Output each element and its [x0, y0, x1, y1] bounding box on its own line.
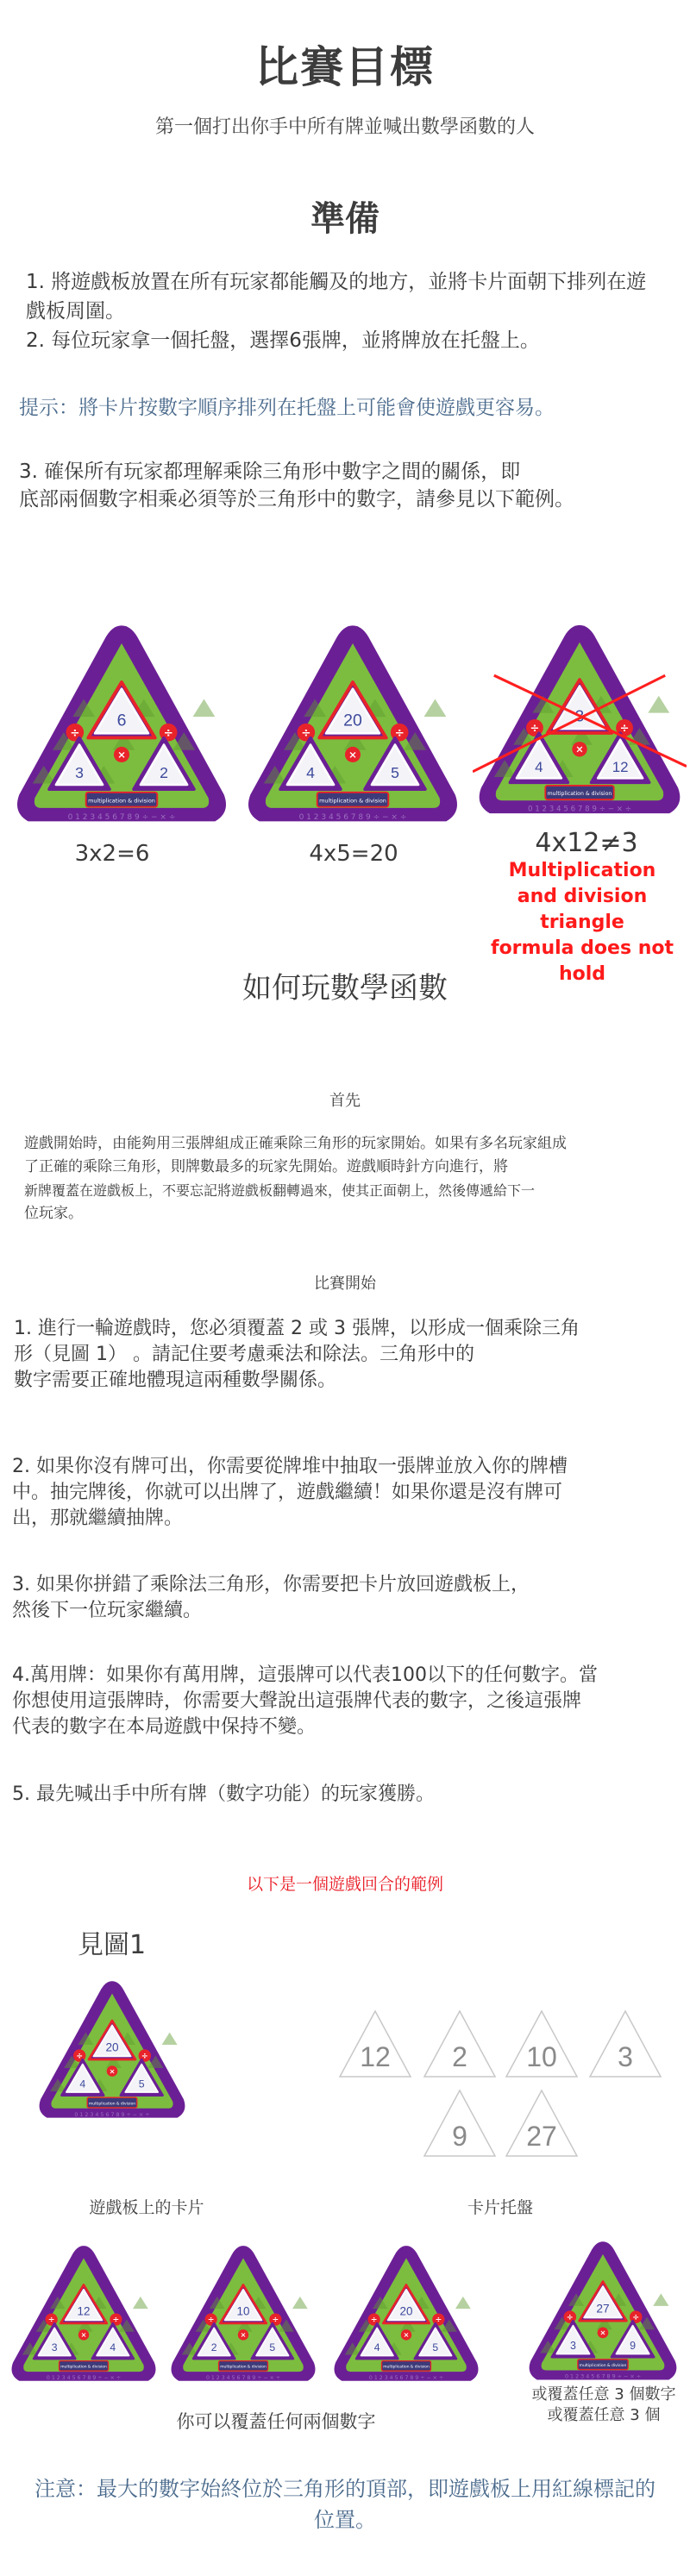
invalid-note-line-2: and division triangle: [474, 884, 690, 936]
svg-text:9: 9: [630, 2340, 636, 2352]
equation-3: 4x12≠3: [517, 828, 655, 858]
rule-2: 2. 如果你沒有牌可出，你需要從牌堆中抽取一張牌並放入你的牌槽 中。抽完牌後，你…: [12, 1454, 685, 1532]
tray-card: 3: [588, 2009, 662, 2082]
tray-card: 9: [423, 2089, 497, 2161]
tray-caption: 卡片托盤: [440, 2195, 561, 2218]
three-numbers-caption: 或覆蓋任意 3 個數字 或覆蓋任意 3 個: [517, 2385, 690, 2426]
svg-text:4: 4: [79, 2078, 85, 2090]
tray-card: 10: [505, 2009, 579, 2082]
first-line-2: 了正確的乘除三角形，則牌數最多的玩家先開始。遊戲順時針方向進行，將: [24, 1156, 680, 1179]
rule-5-line-1: 5. 最先喊出手中所有牌（數字功能）的玩家獲勝。: [12, 1782, 650, 1808]
svg-text:27: 27: [526, 2121, 557, 2152]
svg-text:3: 3: [618, 2041, 633, 2072]
round-example-heading: 以下是一個遊戲回合的範例: [0, 1871, 690, 1895]
svg-text:12: 12: [360, 2041, 391, 2072]
svg-text:0 1 2 3 4 5 6 7 8 9 ÷ − × ÷: 0 1 2 3 4 5 6 7 8 9 ÷ − × ÷: [528, 805, 631, 814]
svg-text:0 1 2 3 4 5 6 7 8 9 ÷ − × ÷: 0 1 2 3 4 5 6 7 8 9 ÷ − × ÷: [74, 2112, 149, 2118]
rule-5: 5. 最先喊出手中所有牌（數字功能）的玩家獲勝。: [12, 1782, 650, 1808]
svg-text:0 1 2 3 4 5 6 7 8 9 ÷ − × ÷: 0 1 2 3 4 5 6 7 8 9 ÷ − × ÷: [206, 2375, 280, 2381]
prep-step-2: 2. 每位玩家拿一個托盤，選擇6張牌，並將牌放在托盤上。: [26, 326, 664, 355]
svg-text:4: 4: [306, 764, 315, 781]
rule-1-line-1: 1. 進行一輪遊戲時，您必須覆蓋 2 或 3 張牌，以形成一個乘除三角: [14, 1316, 652, 1342]
svg-text:3: 3: [52, 2341, 58, 2353]
three-caption-line-1: 或覆蓋任意 3 個數字: [517, 2385, 690, 2405]
svg-text:3: 3: [570, 2340, 576, 2352]
page-subtitle: 第一個打出你手中所有牌並喊出數學函數的人: [0, 112, 690, 139]
how-to-play-heading: 如何玩數學函數: [0, 964, 690, 1006]
equation-2: 4x5=20: [293, 841, 414, 867]
svg-text:20: 20: [105, 2040, 119, 2053]
svg-text:0 1 2 3 4 5 6 7 8 9 ÷ − × ÷: 0 1 2 3 4 5 6 7 8 9 ÷ − × ÷: [299, 813, 407, 822]
tray-card: 2: [423, 2009, 497, 2082]
page-title: 比賽目標: [0, 33, 690, 95]
prep-step-3-line2: 底部兩個數字相乘必須等於三角形中的數字，請參見以下範例。: [19, 485, 657, 514]
svg-text:0 1 2 3 4 5 6 7 8 9 ÷ − × ÷: 0 1 2 3 4 5 6 7 8 9 ÷ − × ÷: [68, 813, 176, 822]
svg-text:20: 20: [400, 2304, 413, 2317]
two-numbers-caption: 你可以覆蓋任何兩個數字: [103, 2408, 448, 2434]
game-start-heading: 比賽開始: [0, 1271, 690, 1294]
example-board-valid-2: 0 1 2 3 4 5 6 7 8 9 ÷ − × ÷ 20 ÷÷ 4 5 × …: [241, 617, 464, 839]
rule-4-line-2: 你想使用這張牌時，你需要大聲說出這張牌代表的數字，之後這張牌: [12, 1689, 685, 1714]
svg-text:6: 6: [117, 711, 127, 730]
svg-text:×: ×: [575, 744, 583, 755]
note-line-1: 注意：最大的數字始終位於三角形的頂部，即遊戲板上用紅線標記的: [34, 2473, 655, 2504]
svg-text:4: 4: [110, 2341, 116, 2353]
svg-text:4: 4: [374, 2341, 380, 2353]
three-caption-line-2: 或覆蓋任意 3 個: [517, 2405, 690, 2426]
invalid-note-line-1: Multiplication: [474, 858, 690, 884]
rule-3-line-2: 然後下一位玩家繼續。: [12, 1598, 650, 1624]
rule-2-line-2: 中。抽完牌後，你就可以出牌了，遊戲繼續！如果你還是沒有牌可: [12, 1480, 685, 1506]
svg-text:4: 4: [535, 759, 543, 775]
first-line-4: 位玩家。: [24, 1202, 680, 1225]
rule-1: 1. 進行一輪遊戲時，您必須覆蓋 2 或 3 張牌，以形成一個乘除三角 形（見圖…: [14, 1316, 652, 1394]
svg-text:0 1 2 3 4 5 6 7 8 9 ÷ − × ÷: 0 1 2 3 4 5 6 7 8 9 ÷ − × ÷: [47, 2375, 121, 2381]
svg-text:×: ×: [348, 749, 357, 761]
svg-text:12: 12: [78, 2304, 91, 2317]
svg-text:multiplication & division: multiplication & division: [548, 791, 612, 797]
game-board-figure: 0 1 2 3 4 5 6 7 8 9 ÷ − × ÷ 20 ÷÷ 4 5 × …: [34, 1975, 190, 2130]
svg-text:12: 12: [612, 759, 629, 775]
example-board-invalid: 0 1 2 3 4 5 6 7 8 9 ÷ − × ÷ 3 ÷÷ 4 12 × …: [473, 617, 687, 830]
prep-tip: 提示：將卡片按數字順序排列在托盤上可能會使遊戲更容易。: [19, 393, 674, 423]
rule-2-line-1: 2. 如果你沒有牌可出，你需要從牌堆中抽取一張牌並放入你的牌槽: [12, 1454, 685, 1480]
svg-text:multiplication & division: multiplication & division: [89, 2101, 135, 2106]
svg-text:×: ×: [404, 2330, 410, 2339]
option-board-4: 0 1 2 3 4 5 6 7 8 9 ÷ − × ÷ 27 ÷÷ 3 9 × …: [524, 2235, 681, 2392]
svg-text:2: 2: [211, 2341, 217, 2353]
rule-1-line-2: 形（見圖 1） 。請記住要考慮乘法和除法。三角形中的: [14, 1342, 652, 1368]
svg-text:multiplication & division: multiplication & division: [220, 2365, 267, 2370]
svg-text:multiplication & division: multiplication & division: [383, 2365, 430, 2370]
svg-text:3: 3: [75, 764, 84, 781]
svg-text:20: 20: [343, 711, 362, 730]
tray-card: 12: [338, 2009, 412, 2082]
svg-text:2: 2: [452, 2041, 467, 2072]
option-board-3: 0 1 2 3 4 5 6 7 8 9 ÷ − × ÷ 20 ÷÷ 4 5 × …: [329, 2240, 483, 2393]
svg-text:×: ×: [241, 2330, 247, 2339]
svg-text:5: 5: [432, 2341, 438, 2353]
note-line-2: 位置。: [34, 2504, 655, 2535]
svg-text:0 1 2 3 4 5 6 7 8 9 ÷ − × ÷: 0 1 2 3 4 5 6 7 8 9 ÷ − × ÷: [369, 2375, 443, 2381]
rule-4: 4.萬用牌：如果你有萬用牌，這張牌可以代表100以下的任何數字。當 你想使用這張…: [12, 1663, 685, 1740]
example-board-valid-1: 0 1 2 3 4 5 6 7 8 9 ÷ − × ÷ 6 ÷÷ 3 2 × m…: [10, 617, 233, 839]
board-caption: 遊戲板上的卡片: [60, 2195, 233, 2218]
rule-4-line-1: 4.萬用牌：如果你有萬用牌，這張牌可以代表100以下的任何數字。當: [12, 1663, 685, 1689]
svg-text:×: ×: [117, 749, 126, 761]
svg-text:×: ×: [110, 2066, 116, 2075]
svg-text:0 1 2 3 4 5 6 7 8 9 ÷ − × ÷: 0 1 2 3 4 5 6 7 8 9 ÷ − × ÷: [565, 2373, 641, 2380]
svg-text:multiplication & division: multiplication & division: [60, 2365, 107, 2370]
prep-step-1: 1. 將遊戲板放置在所有玩家都能觸及的地方，並將卡片面朝下排列在遊戲板周圍。: [26, 267, 664, 326]
rule-3-line-1: 3. 如果你拼錯了乘除法三角形，你需要把卡片放回遊戲板上，: [12, 1572, 650, 1598]
rule-3: 3. 如果你拼錯了乘除法三角形，你需要把卡片放回遊戲板上， 然後下一位玩家繼續。: [12, 1572, 650, 1624]
svg-text:9: 9: [452, 2121, 467, 2152]
first-paragraph: 遊戲開始時，由能夠用三張牌組成正確乘除三角形的玩家開始。如果有多名玩家組成 了正…: [24, 1132, 680, 1225]
rule-1-line-3: 數字需要正確地體現這兩種數學關係。: [14, 1368, 652, 1394]
svg-text:10: 10: [526, 2041, 557, 2072]
svg-text:×: ×: [81, 2330, 87, 2339]
preparation-heading: 準備: [0, 191, 690, 241]
rule-4-line-3: 代表的數字在本局遊戲中保持不變。: [12, 1714, 685, 1740]
svg-text:2: 2: [160, 764, 168, 781]
prep-step-3-line1: 3. 確保所有玩家都理解乘除三角形中數字之間的關係，即: [19, 457, 657, 486]
svg-text:5: 5: [391, 764, 399, 781]
svg-text:5: 5: [269, 2341, 275, 2353]
first-heading: 首先: [0, 1088, 690, 1111]
svg-text:27: 27: [596, 2302, 609, 2315]
note-top-number: 注意：最大的數字始終位於三角形的頂部，即遊戲板上用紅線標記的 位置。: [34, 2473, 655, 2535]
first-line-1: 遊戲開始時，由能夠用三張牌組成正確乘除三角形的玩家開始。如果有多名玩家組成: [24, 1132, 680, 1156]
svg-text:×: ×: [600, 2328, 606, 2337]
rule-2-line-3: 出，那就繼續抽牌。: [12, 1506, 685, 1532]
tray-card: 27: [505, 2089, 579, 2161]
first-line-3: 新牌覆蓋在遊戲板上，不要忘記將遊戲板翻轉過來，使其正面朝上，然後傳遞給下一: [24, 1179, 680, 1202]
svg-text:5: 5: [139, 2078, 145, 2090]
equation-1: 3x2=6: [52, 841, 172, 867]
option-board-1: 0 1 2 3 4 5 6 7 8 9 ÷ − × ÷ 12 ÷÷ 3 4 × …: [7, 2240, 160, 2393]
option-board-2: 0 1 2 3 4 5 6 7 8 9 ÷ − × ÷ 10 ÷÷ 2 5 × …: [166, 2240, 320, 2393]
svg-text:multiplication & division: multiplication & division: [88, 797, 155, 804]
svg-text:multiplication & division: multiplication & division: [319, 797, 386, 804]
figure-1-label: 見圖1: [78, 1923, 146, 1961]
svg-text:multiplication & division: multiplication & division: [580, 2363, 627, 2368]
svg-text:10: 10: [237, 2304, 250, 2317]
